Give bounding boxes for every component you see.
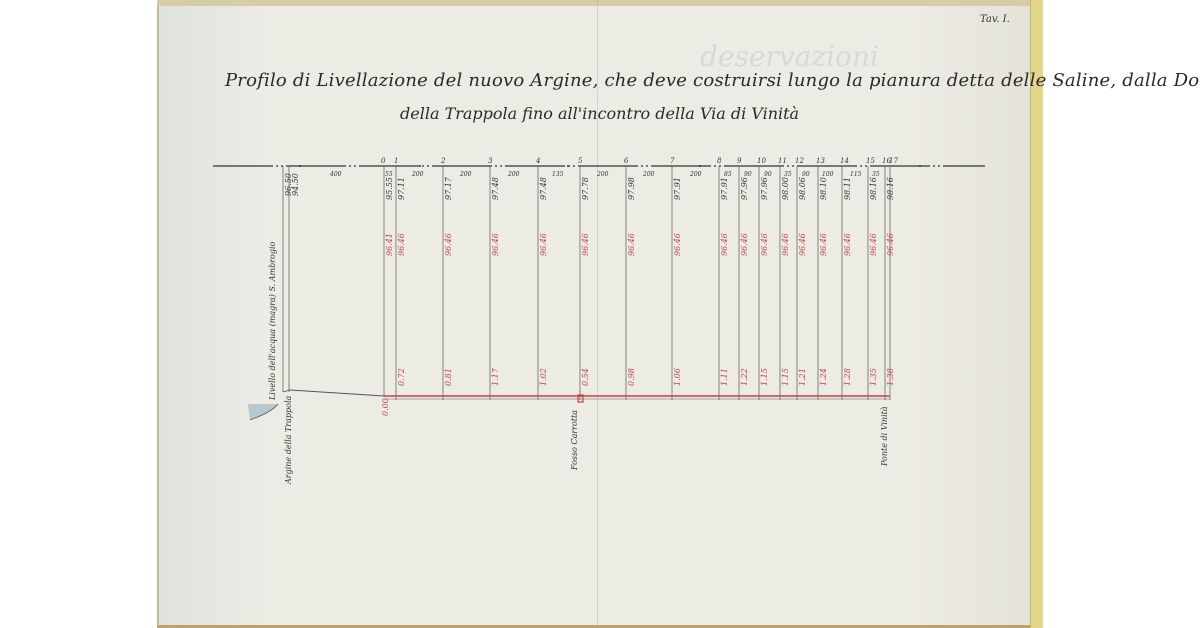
red-elevation-label: 96.46 xyxy=(843,233,852,256)
water-level-label: Livello dell'acqua (magra) S. Ambrogio xyxy=(268,242,277,400)
red-elevation-label: 96.46 xyxy=(781,233,790,256)
svg-text:400: 400 xyxy=(329,171,342,178)
depth-label: 1.17 xyxy=(491,368,500,386)
depth-label: 1.35 xyxy=(869,368,878,386)
svg-text:12: 12 xyxy=(795,157,804,165)
red-elevation-label: 96.46 xyxy=(491,233,500,256)
elevation-label: 98.10 xyxy=(819,177,828,200)
elevation-label: 97.98 xyxy=(627,177,636,200)
svg-text:10: 10 xyxy=(757,157,766,165)
depth-label: 0.81 xyxy=(444,368,453,386)
red-elevation-label: 96.46 xyxy=(673,233,682,256)
embankment-label: Argine della Trappola xyxy=(284,396,293,484)
svg-text:8: 8 xyxy=(717,157,722,165)
elevation-label: 98.00 xyxy=(781,177,790,200)
bridge-label: Ponte di Vinità xyxy=(880,406,889,466)
red-elevation-label: 96.46 xyxy=(444,233,453,256)
elevation-label: 97.91 xyxy=(720,177,729,200)
svg-text:200: 200 xyxy=(459,171,472,178)
elevation-label: 97.48 xyxy=(491,177,500,200)
svg-text:7: 7 xyxy=(670,157,675,165)
depth-label: 1.06 xyxy=(673,368,682,386)
elevation-label: 95.55 xyxy=(385,177,394,200)
svg-text:200: 200 xyxy=(507,171,520,178)
elevation-label: 94.50 xyxy=(291,173,300,196)
elevation-label: 98.16 xyxy=(869,177,878,200)
elevation-label: 98.06 xyxy=(798,177,807,200)
red-elevation-label: 96.46 xyxy=(886,233,895,256)
elevation-label: 97.78 xyxy=(581,177,590,200)
svg-text:17: 17 xyxy=(889,157,898,165)
svg-text:11: 11 xyxy=(778,157,787,165)
svg-text:15: 15 xyxy=(866,157,875,165)
depth-label: 1.15 xyxy=(760,368,769,386)
red-elevation-label: 96.46 xyxy=(819,233,828,256)
red-elevation-label: 96.46 xyxy=(720,233,729,256)
svg-text:14: 14 xyxy=(840,157,849,165)
svg-text:3: 3 xyxy=(488,157,493,165)
depth-label: 1.22 xyxy=(740,368,749,386)
elevation-label: 98.16 xyxy=(886,177,895,200)
elevation-label: 97.96 xyxy=(740,177,749,200)
depth-label: 1.21 xyxy=(798,368,807,386)
svg-text:4: 4 xyxy=(535,157,540,165)
elevation-label: 97.91 xyxy=(673,177,682,200)
elevation-label: 97.11 xyxy=(397,177,406,200)
depth-label: 1.28 xyxy=(843,368,852,386)
depth-label: 1.15 xyxy=(781,368,790,386)
red-elevation-label: 96.46 xyxy=(798,233,807,256)
svg-text:6: 6 xyxy=(624,157,629,165)
red-elevation-label: 96.46 xyxy=(627,233,636,256)
red-elevation-label: 96.41 xyxy=(385,233,394,256)
svg-text:200: 200 xyxy=(642,171,655,178)
depth-label: 0.00 xyxy=(381,398,390,416)
svg-text:0: 0 xyxy=(381,157,386,165)
svg-text:200: 200 xyxy=(689,171,702,178)
depth-label: 0.72 xyxy=(397,368,406,386)
red-elevation-label: 96.46 xyxy=(760,233,769,256)
elevation-label: 97.96 xyxy=(760,177,769,200)
elevation-label: 97.48 xyxy=(539,177,548,200)
depth-label: 1.02 xyxy=(539,368,548,386)
depth-label: 1.11 xyxy=(720,368,729,386)
red-elevation-label: 96.46 xyxy=(869,233,878,256)
svg-text:135: 135 xyxy=(552,171,564,178)
depth-label: 0.98 xyxy=(627,368,636,386)
red-elevation-label: 96.46 xyxy=(539,233,548,256)
svg-text:200: 200 xyxy=(596,171,609,178)
svg-text:5: 5 xyxy=(578,157,583,165)
svg-text:13: 13 xyxy=(816,157,825,165)
svg-text:9: 9 xyxy=(737,157,742,165)
leveling-profile-drawing: 0123 4567 891011 12131415 1617 400552002… xyxy=(0,0,1200,628)
svg-text:2: 2 xyxy=(440,157,446,165)
svg-text:1: 1 xyxy=(394,157,398,165)
red-elevation-label: 96.46 xyxy=(397,233,406,256)
svg-text:200: 200 xyxy=(411,171,424,178)
depth-label: 1.24 xyxy=(819,368,828,386)
red-elevation-label: 96.46 xyxy=(740,233,749,256)
depth-label: 1.38 xyxy=(886,368,895,386)
depth-label: 0.54 xyxy=(581,368,590,386)
elevation-label: 98.11 xyxy=(843,177,852,200)
elevation-label: 97.17 xyxy=(444,177,453,200)
red-elevation-label: 96.46 xyxy=(581,233,590,256)
ditch-label: Fosso Carrotta xyxy=(570,410,579,470)
